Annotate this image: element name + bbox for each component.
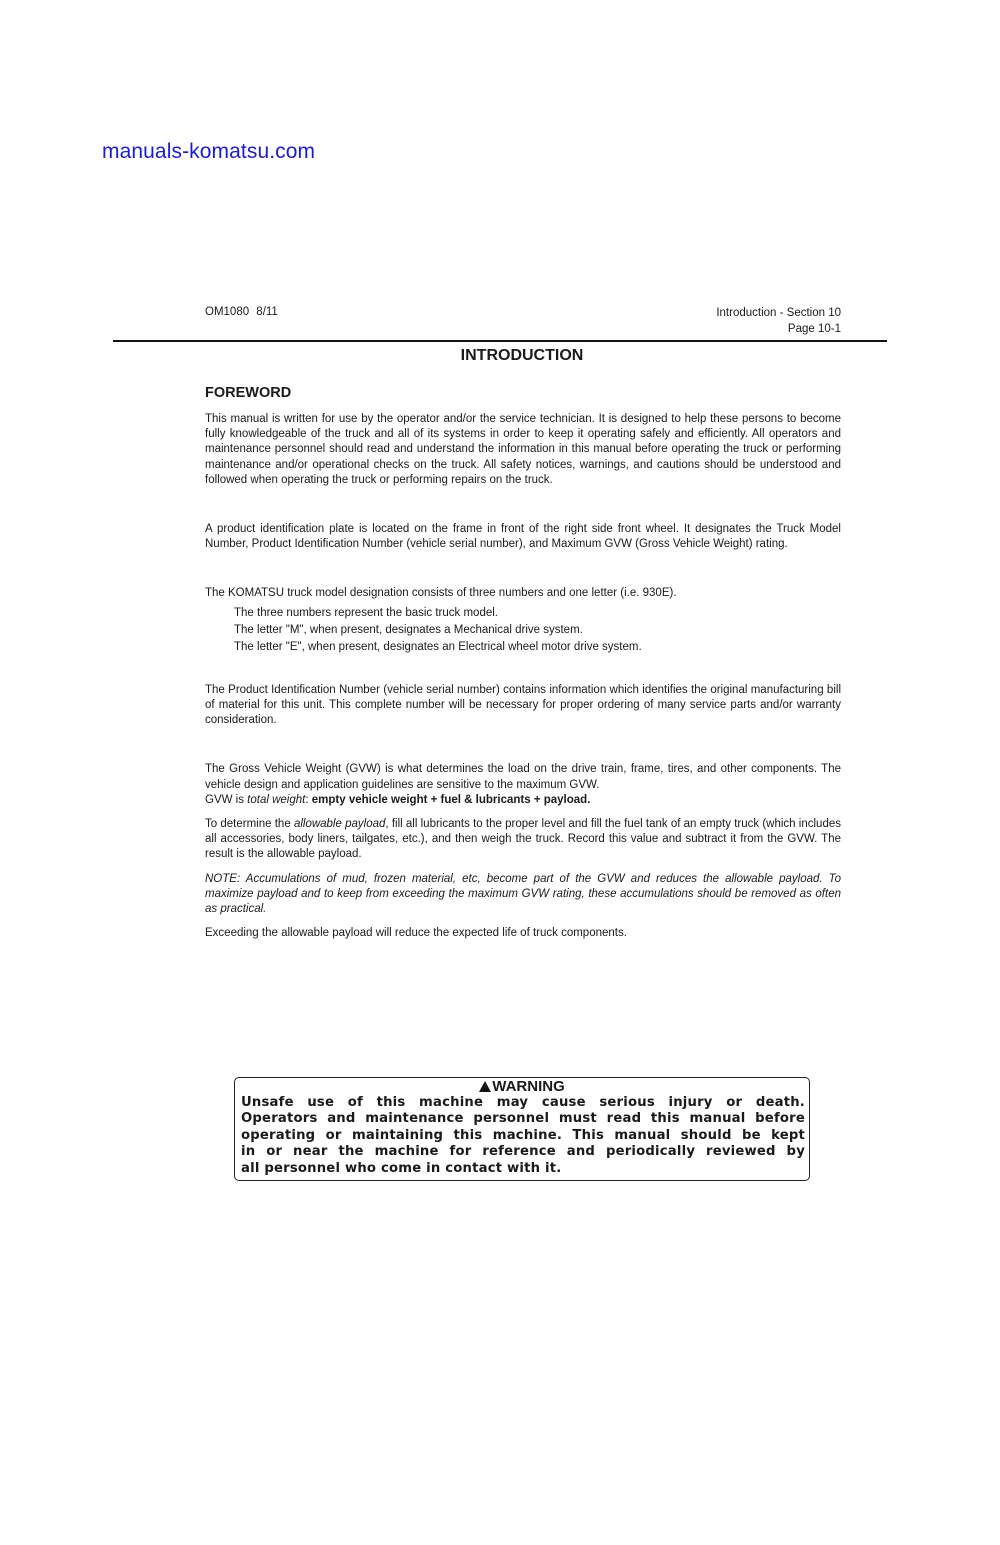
document-code: OM1080 8/11 xyxy=(205,306,278,318)
warning-title: WARNING xyxy=(235,1079,809,1095)
warning-body: Unsafe use of this machine may cause ser… xyxy=(235,1095,809,1177)
paragraph-serial-number: The Product Identification Number (vehic… xyxy=(205,683,841,729)
paragraph-purpose: This manual is written for use by the op… xyxy=(205,412,841,488)
section-label: Introduction - Section 10 xyxy=(716,306,841,322)
gvw-formula: GVW is total weight: empty vehicle weigh… xyxy=(205,793,841,808)
paragraph-id-plate: A product identification plate is locate… xyxy=(205,522,841,552)
payload-before: To determine the xyxy=(205,818,294,830)
page-title: INTRODUCTION xyxy=(0,347,1000,365)
warning-triangle-icon xyxy=(479,1081,491,1092)
note-paragraph: NOTE: Accumulations of mud, frozen mater… xyxy=(205,872,841,918)
note-text: NOTE: Accumulations of mud, frozen mater… xyxy=(205,873,841,915)
paragraph-exceeding-payload: Exceeding the allowable payload will red… xyxy=(205,926,841,941)
paragraph-gvw: The Gross Vehicle Weight (GVW) is what d… xyxy=(205,762,841,792)
warning-line: in or near the machine for reference and… xyxy=(241,1144,805,1160)
paragraph-allowable-payload: To determine the allowable payload, fill… xyxy=(205,817,841,863)
gvw-italic: total weight xyxy=(247,794,305,806)
payload-italic: allowable payload xyxy=(294,818,385,830)
list-item: The letter "M", when present, designates… xyxy=(234,622,841,639)
running-header: Introduction - Section 10 Page 10-1 xyxy=(716,306,841,337)
warning-title-text: WARNING xyxy=(492,1078,565,1095)
gvw-equation: empty vehicle weight + fuel & lubricants… xyxy=(312,794,591,806)
warning-box: WARNING Unsafe use of this machine may c… xyxy=(234,1077,810,1181)
warning-line: all personnel who come in contact with i… xyxy=(241,1161,805,1177)
warning-line: operating or maintaining this machine. T… xyxy=(241,1128,805,1144)
list-item: The three numbers represent the basic tr… xyxy=(234,605,841,622)
warning-line: Unsafe use of this machine may cause ser… xyxy=(241,1095,805,1111)
foreword-section: FOREWORD This manual is written for use … xyxy=(205,384,841,941)
page-number: Page 10-1 xyxy=(716,322,841,338)
warning-line: Operators and maintenance personnel must… xyxy=(241,1111,805,1127)
gvw-prefix: GVW is xyxy=(205,794,247,806)
paragraph-model-designation: The KOMATSU truck model designation cons… xyxy=(205,586,841,601)
section-heading: FOREWORD xyxy=(205,384,841,402)
model-designation-list: The three numbers represent the basic tr… xyxy=(205,605,841,657)
list-item: The letter "E", when present, designates… xyxy=(234,639,841,656)
header-rule xyxy=(113,340,887,342)
watermark-link[interactable]: manuals-komatsu.com xyxy=(102,140,315,164)
